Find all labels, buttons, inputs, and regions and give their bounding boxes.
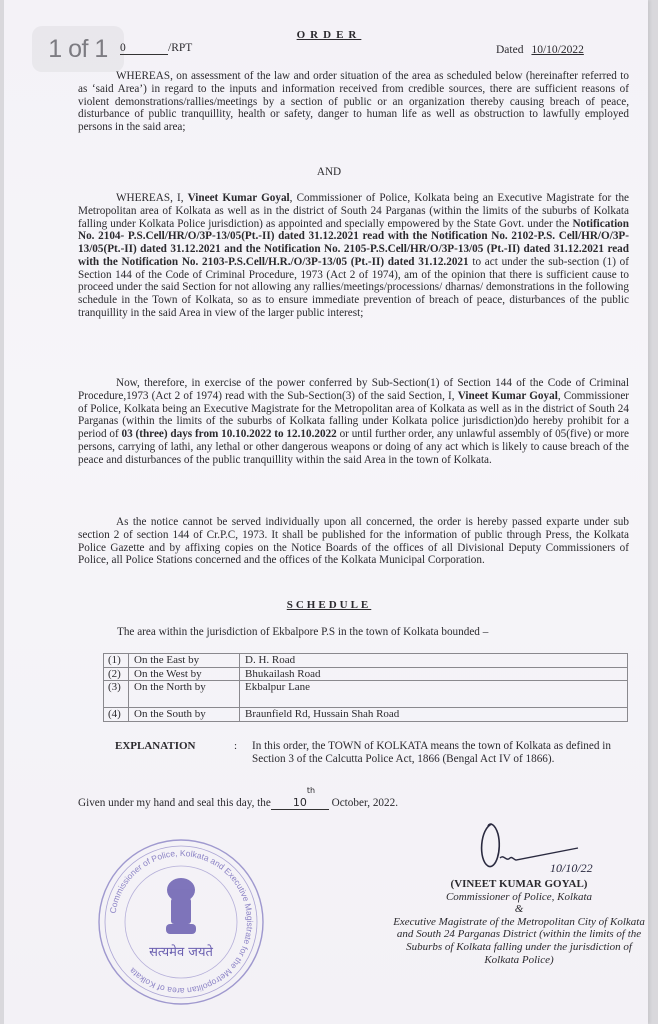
commissioner-name-2: Vineet Kumar Goyal bbox=[458, 390, 558, 402]
preamble-paragraph-2: WHEREAS, I, Vineet Kumar Goyal, Commissi… bbox=[78, 192, 629, 320]
boundary-road: Ekbalpur Lane bbox=[240, 681, 628, 708]
publication-paragraph: As the notice cannot be served individua… bbox=[78, 516, 629, 567]
table-row: (2) On the West by Bhukailash Road bbox=[104, 667, 628, 681]
given-suffix: October, 2022. bbox=[332, 797, 398, 809]
schedule-heading: SCHEDULE bbox=[0, 599, 658, 611]
explanation-text: In this order, the TOWN of KOLKATA means… bbox=[252, 740, 616, 765]
boundary-road: Braunfield Rd, Hussain Shah Road bbox=[240, 708, 628, 722]
reference-number: 0/RPT bbox=[120, 42, 192, 55]
para4-text: As the notice cannot be served individua… bbox=[78, 516, 629, 566]
para2-a: WHEREAS, I, bbox=[116, 192, 188, 204]
boundary-road: Bhukailash Road bbox=[240, 667, 628, 681]
row-number: (4) bbox=[104, 708, 129, 722]
ref-suffix: /RPT bbox=[168, 42, 192, 54]
official-seal: Commissioner of Police, Kolkata and Exec… bbox=[93, 834, 269, 1010]
row-number: (3) bbox=[104, 681, 129, 708]
order-date: 10/10/2022 bbox=[531, 44, 583, 56]
table-row: (4) On the South by Braunfield Rd, Hussa… bbox=[104, 708, 628, 722]
schedule-intro: The area within the jurisdiction of Ekba… bbox=[117, 626, 488, 638]
and-separator: AND bbox=[0, 166, 658, 178]
day-value: 10 bbox=[293, 796, 307, 809]
commissioner-name: Vineet Kumar Goyal bbox=[188, 192, 290, 204]
signatory-title: Commissioner of Police, Kolkata bbox=[388, 891, 650, 904]
dated-label: Dated bbox=[496, 44, 523, 56]
row-number: (2) bbox=[104, 667, 129, 681]
signature-mark: 10/10/22 bbox=[470, 820, 610, 875]
day-suffix: th bbox=[307, 786, 315, 795]
table-row: (1) On the East by D. H. Road bbox=[104, 654, 628, 668]
signatory-block: (VINEET KUMAR GOYAL) Commissioner of Pol… bbox=[388, 878, 650, 966]
schedule-heading-text: SCHEDULE bbox=[287, 599, 372, 611]
ref-number-value: 0 bbox=[120, 43, 168, 55]
title-text: ORDER bbox=[297, 29, 362, 41]
date-line: Dated10/10/2022 bbox=[496, 44, 584, 56]
explanation-label: EXPLANATION bbox=[115, 740, 195, 752]
prohibition-period: 03 (three) days from 10.10.2022 to 12.10… bbox=[122, 428, 337, 440]
boundary-side: On the East by bbox=[129, 654, 240, 668]
signatory-name: (VINEET KUMAR GOYAL) bbox=[388, 878, 650, 891]
table-row: (3) On the North by Ekbalpur Lane bbox=[104, 681, 628, 708]
signatory-ampersand: & bbox=[388, 903, 650, 916]
national-emblem-icon bbox=[166, 878, 196, 934]
explanation-colon: : bbox=[234, 740, 237, 752]
seal-motto: सत्यमेव जयते bbox=[149, 944, 213, 960]
row-number: (1) bbox=[104, 654, 129, 668]
signature-date: 10/10/22 bbox=[550, 861, 593, 875]
preamble-paragraph-1: WHEREAS, on assessment of the law and or… bbox=[78, 70, 629, 134]
boundary-side: On the West by bbox=[129, 667, 240, 681]
given-prefix: Given under my hand and seal this day, t… bbox=[78, 797, 271, 809]
boundary-side: On the North by bbox=[129, 681, 240, 708]
signatory-designation: Executive Magistrate of the Metropolitan… bbox=[388, 916, 650, 966]
boundary-table: (1) On the East by D. H. Road (2) On the… bbox=[103, 653, 628, 722]
boundary-road: D. H. Road bbox=[240, 654, 628, 668]
boundary-side: On the South by bbox=[129, 708, 240, 722]
handwritten-day: 10th bbox=[271, 796, 329, 810]
operative-paragraph: Now, therefore, in exercise of the power… bbox=[78, 377, 629, 466]
given-under-hand-line: Given under my hand and seal this day, t… bbox=[78, 796, 398, 810]
para1-text: WHEREAS, on assessment of the law and or… bbox=[78, 70, 629, 133]
document-title: ORDER bbox=[0, 29, 658, 41]
